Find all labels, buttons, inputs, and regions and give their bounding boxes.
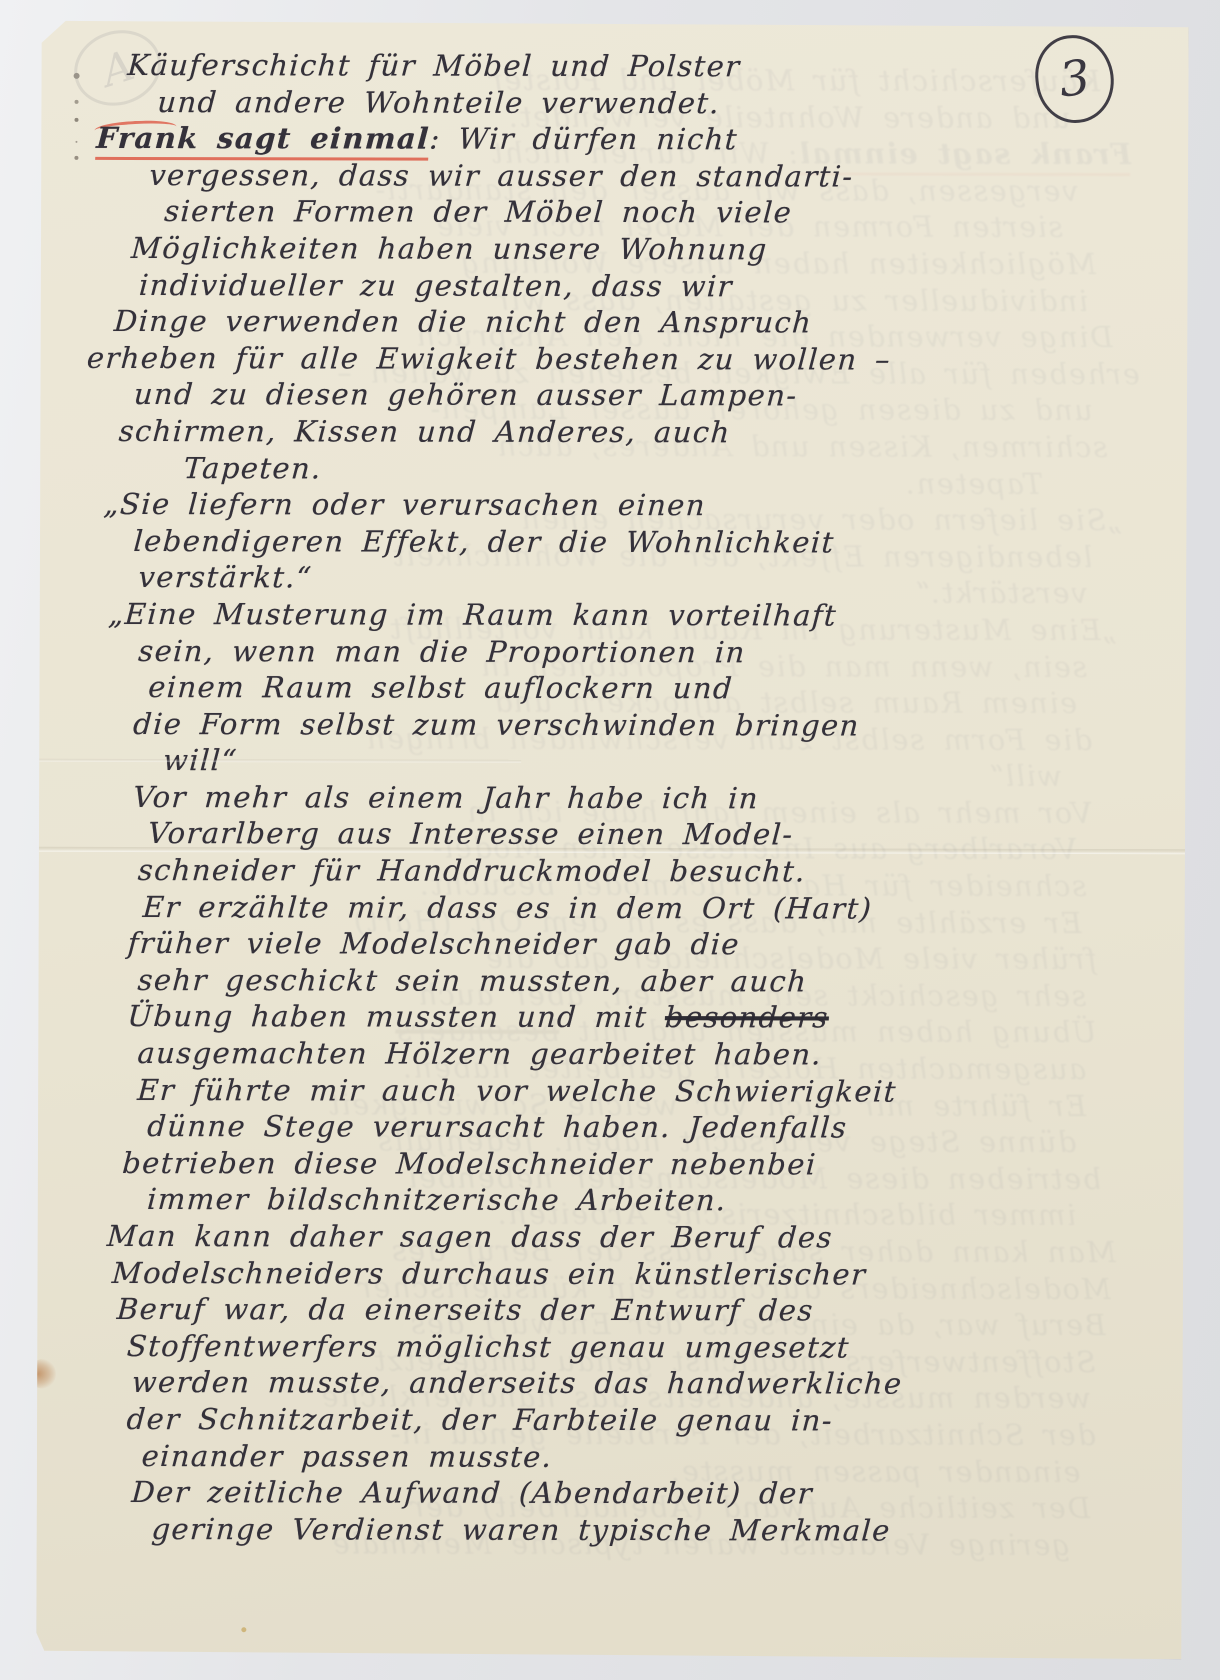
- text-segment: Tapeten.: [183, 451, 323, 485]
- text-segment: verstärkt.“: [137, 560, 313, 594]
- text-line: werden musste, anderseits das handwerkli…: [36, 1364, 1187, 1403]
- text-segment: Möglichkeiten haben unsere Wohnung: [130, 231, 768, 266]
- text-segment: Käuferschicht für Möbel und Polster: [127, 48, 742, 83]
- text-segment: schirmen, Kissen und Anderes, auch: [118, 414, 732, 449]
- text-line: „Sie liefern oder verursachen einen: [38, 486, 1189, 525]
- text-segment: individueller zu gestalten, dass wir: [138, 268, 734, 303]
- text-line: „Eine Musterung im Raum kann vorteilhaft: [37, 596, 1188, 635]
- text-line: einem Raum selbst auflockern und: [37, 669, 1188, 708]
- text-segment: „Sie liefern oder verursachen einen: [103, 487, 707, 522]
- text-line: vergessen, dass wir ausser den standarti…: [38, 157, 1189, 196]
- text-line: sehr geschickt sein mussten, aber auch: [37, 962, 1188, 1001]
- text-line: dünne Stege verursacht haben. Jedenfalls: [36, 1108, 1187, 1147]
- text-segment: ausgemachten Hölzern gearbeitet haben.: [136, 1036, 823, 1071]
- text-line: sierten Formen der Möbel noch viele: [38, 193, 1189, 232]
- text-line: Vor mehr als einem Jahr habe ich in: [37, 779, 1188, 818]
- text-line: Möglichkeiten haben unsere Wohnung: [38, 230, 1189, 269]
- text-line: früher viele Modelschneider gab die: [37, 925, 1188, 964]
- text-line: Frank sagt einmal: Wir dürfen nicht: [38, 120, 1189, 159]
- text-segment: Er führte mir auch vor welche Schwierigk…: [136, 1073, 897, 1109]
- text-line: sein, wenn man die Proportionen in: [37, 632, 1188, 671]
- text-line: Übung haben mussten und mit besonders: [36, 998, 1187, 1037]
- text-segment: Übung haben mussten und mit: [127, 999, 667, 1034]
- text-segment: lebendigeren Effekt, der die Wohnlichkei…: [133, 524, 836, 559]
- text-line: ausgemachten Hölzern gearbeitet haben.: [36, 1035, 1187, 1074]
- text-segment: früher viele Modelschneider gab die: [127, 926, 741, 961]
- text-segment: sein, wenn man die Proportionen in: [137, 634, 746, 669]
- text-line: und zu diesen gehören ausser Lampen-: [38, 376, 1189, 415]
- text-segment: „Eine Musterung im Raum kann vorteilhaft: [107, 597, 838, 633]
- text-segment: Stoffentwerfers möglichst genau umgesetz…: [126, 1329, 851, 1365]
- text-line: Dinge verwenden die nicht den Anspruch: [38, 303, 1189, 342]
- text-segment: und andere Wohnteile verwendet.: [156, 85, 721, 120]
- text-segment: Er erzählte mir, dass es in dem Ort (Har…: [142, 890, 874, 926]
- text-segment: Modelschneiders durchaus ein künstlerisc…: [111, 1256, 867, 1292]
- text-segment-red-underline: Frank sagt einmal: [95, 121, 431, 161]
- text-segment: Beruf war, da einerseits der Entwurf des: [116, 1292, 815, 1327]
- text-segment: : Wir dürfen nicht: [429, 122, 739, 157]
- text-segment: Der zeitliche Aufwand (Abendarbeit) der: [131, 1475, 815, 1510]
- text-line: die Form selbst zum verschwinden bringen: [37, 705, 1188, 744]
- text-segment: dünne Stege verursacht haben. Jedenfalls: [146, 1109, 848, 1144]
- manuscript-page: A 3 Käuferschicht für Möbel und Polsteru…: [36, 21, 1188, 1659]
- text-line: Er erzählte mir, dass es in dem Ort (Har…: [37, 888, 1188, 927]
- text-segment: schneider für Handdruckmodel besucht.: [137, 853, 807, 888]
- text-line: individueller zu gestalten, dass wir: [38, 266, 1189, 305]
- text-line: Man kann daher sagen dass der Beruf des: [36, 1218, 1187, 1257]
- text-line: Er führte mir auch vor welche Schwierigk…: [36, 1071, 1187, 1110]
- text-segment: die Form selbst zum verschwinden bringen: [132, 707, 861, 743]
- text-line: Modelschneiders durchaus ein künstlerisc…: [36, 1254, 1187, 1293]
- text-line: Käuferschicht für Möbel und Polster: [38, 47, 1189, 86]
- text-line: erheben für alle Ewigkeit bestehen zu wo…: [38, 340, 1189, 379]
- text-segment: Vor mehr als einem Jahr habe ich in: [132, 780, 760, 815]
- text-line: Stoffentwerfers möglichst genau umgesetz…: [36, 1328, 1187, 1367]
- text-line: Tapeten.: [38, 449, 1189, 488]
- paper-speck: [241, 1627, 246, 1632]
- text-segment: vergessen, dass wir ausser den standarti…: [148, 158, 854, 193]
- text-segment: und zu diesen gehören ausser Lampen-: [133, 377, 799, 412]
- text-segment: erheben für alle Ewigkeit bestehen zu wo…: [86, 341, 892, 377]
- text-line: betrieben diese Modelschneider nebenbei: [36, 1145, 1187, 1184]
- text-segment: geringe Verdienst waren typische Merkmal…: [150, 1512, 891, 1548]
- text-line: Der zeitliche Aufwand (Abendarbeit) der: [35, 1474, 1186, 1513]
- text-segment: Man kann daher sagen dass der Beruf des: [106, 1219, 834, 1255]
- text-line: und andere Wohnteile verwendet.: [38, 83, 1189, 122]
- text-segment: sehr geschickt sein mussten, aber auch: [137, 963, 809, 998]
- manuscript-text: Käuferschicht für Möbel und Polsterund a…: [37, 47, 1189, 1550]
- text-line: schirmen, Kissen und Anderes, auch: [38, 413, 1189, 452]
- text-segment: Dinge verwenden die nicht den Anspruch: [113, 304, 813, 339]
- text-line: immer bildschnitzerische Arbeiten.: [36, 1181, 1187, 1220]
- text-segment: der Schnitzarbeit, der Farbteile genau i…: [126, 1402, 834, 1437]
- text-segment: einem Raum selbst auflockern und: [147, 670, 734, 705]
- text-line: verstärkt.“: [37, 559, 1188, 598]
- text-segment: sierten Formen der Möbel noch viele: [163, 194, 793, 229]
- text-segment: einander passen musste.: [141, 1439, 554, 1474]
- text-line: einander passen musste.: [36, 1437, 1187, 1476]
- text-segment: betrieben diese Modelschneider nebenbei: [121, 1146, 817, 1181]
- text-line: Beruf war, da einerseits der Entwurf des: [36, 1291, 1187, 1330]
- text-line: der Schnitzarbeit, der Farbteile genau i…: [36, 1401, 1187, 1440]
- text-line: schneider für Handdruckmodel besucht.: [37, 852, 1188, 891]
- text-segment: immer bildschnitzerische Arbeiten.: [146, 1182, 728, 1217]
- rust-stain: [30, 1359, 56, 1389]
- text-line: lebendigeren Effekt, der die Wohnlichkei…: [37, 523, 1188, 562]
- text-segment-struck: besonders: [664, 1001, 830, 1035]
- text-segment: werden musste, anderseits das handwerkli…: [131, 1365, 904, 1401]
- text-line: geringe Verdienst waren typische Merkmal…: [35, 1511, 1186, 1550]
